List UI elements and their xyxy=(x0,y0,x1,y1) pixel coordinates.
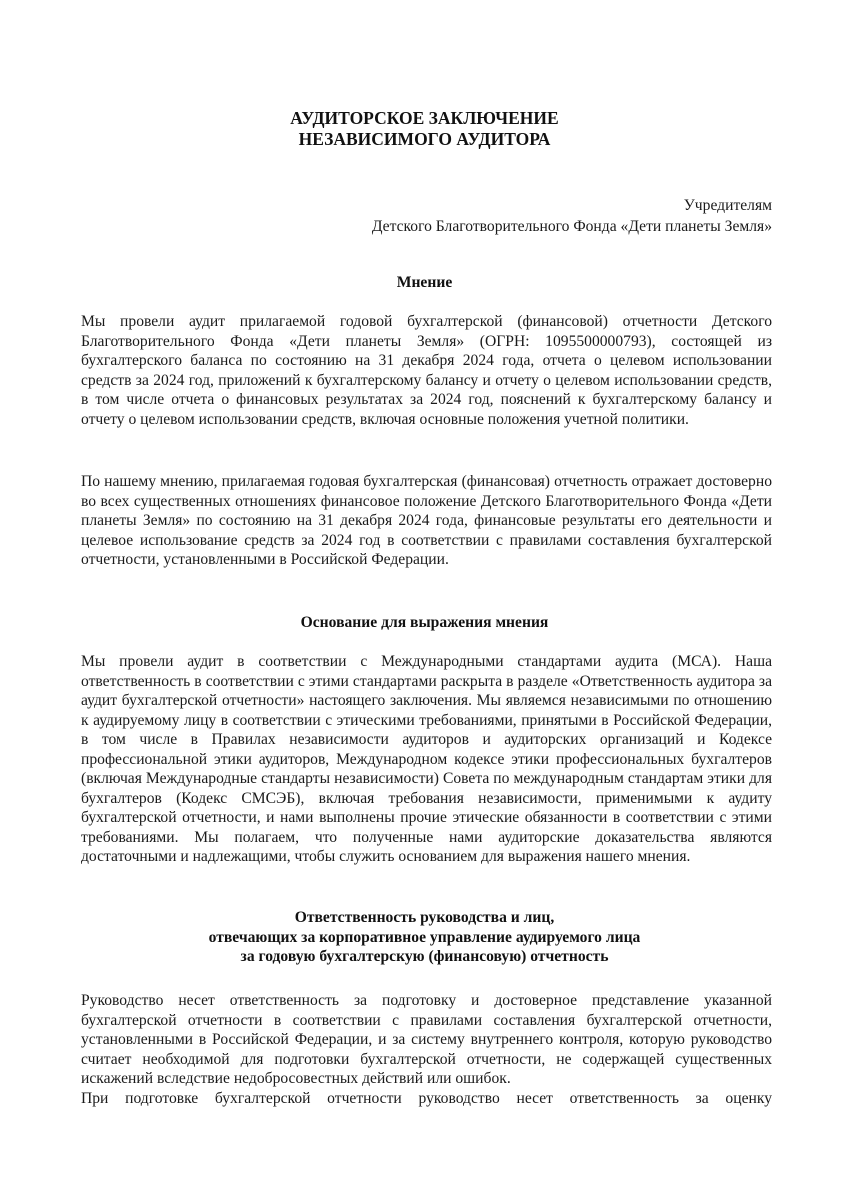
addressee-line-2: Детского Благотворительного Фонда «Дети … xyxy=(372,216,772,237)
document-page: АУДИТОРСКОЕ ЗАКЛЮЧЕНИЕ НЕЗАВИСИМОГО АУДИ… xyxy=(0,0,849,1200)
paragraph-management-2: При подготовке бухгалтерской отчетности … xyxy=(81,1089,772,1109)
title-line-2: НЕЗАВИСИМОГО АУДИТОРА xyxy=(0,129,849,150)
section-heading-opinion: Мнение xyxy=(0,273,849,293)
heading-line-2: отвечающих за корпоративное управление а… xyxy=(0,928,849,948)
paragraph-opinion-1: Мы провели аудит прилагаемой годовой бух… xyxy=(81,312,772,429)
paragraph-basis-1: Мы провели аудит в соответствии с Междун… xyxy=(81,652,772,867)
addressee-block: Учредителям Детского Благотворительного … xyxy=(372,195,772,237)
paragraph-management-1: Руководство несет ответственность за под… xyxy=(81,991,772,1089)
heading-line-3: за годовую бухгалтерскую (финансовую) от… xyxy=(0,947,849,967)
heading-line-1: Ответственность руководства и лиц, xyxy=(0,908,849,928)
document-title: АУДИТОРСКОЕ ЗАКЛЮЧЕНИЕ НЕЗАВИСИМОГО АУДИ… xyxy=(0,108,849,150)
paragraph-opinion-2: По нашему мнению, прилагаемая годовая бу… xyxy=(81,472,772,570)
title-line-1: АУДИТОРСКОЕ ЗАКЛЮЧЕНИЕ xyxy=(0,108,849,129)
section-heading-management-responsibility: Ответственность руководства и лиц, отвеч… xyxy=(0,908,849,967)
section-heading-basis: Основание для выражения мнения xyxy=(0,613,849,633)
addressee-line-1: Учредителям xyxy=(372,195,772,216)
